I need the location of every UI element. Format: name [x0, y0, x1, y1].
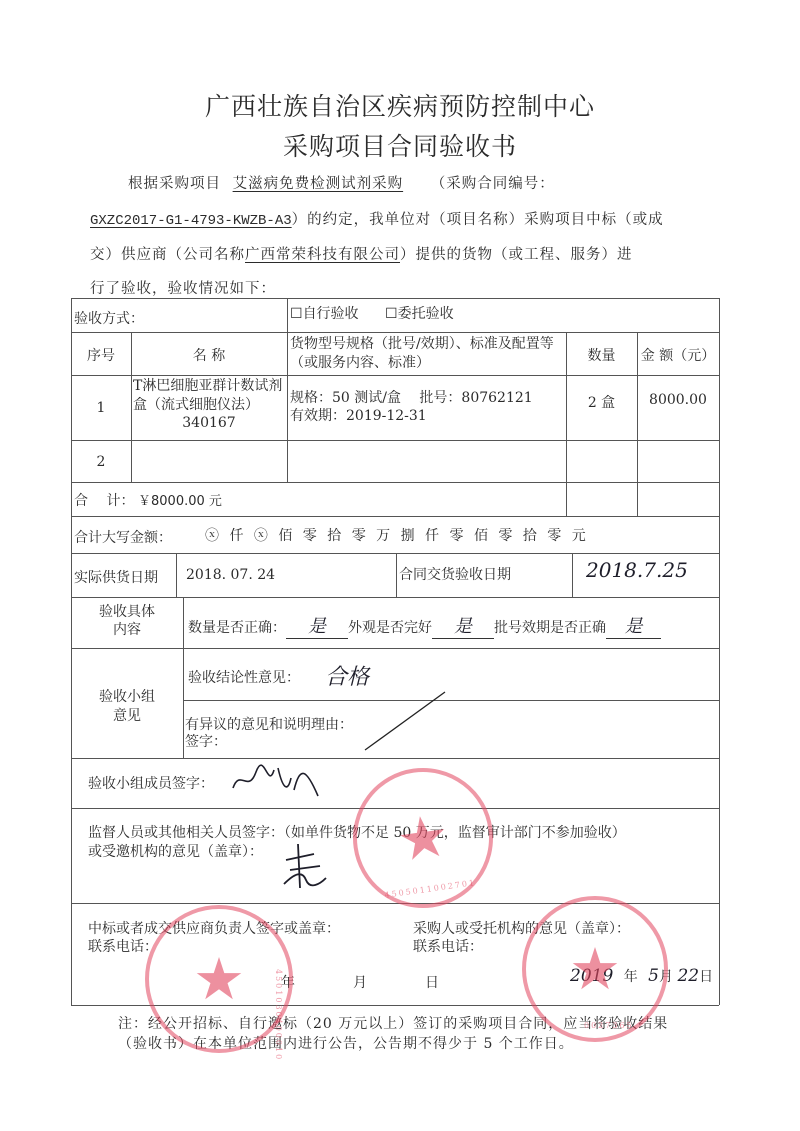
row-amount: 8000.00 [637, 392, 719, 408]
intro-prefix: 根据采购项目 [128, 176, 221, 192]
contract-label: （采购合同编号： [431, 176, 555, 192]
intro-line-1: 根据采购项目 艾滋病免费检测试剂采购 （采购合同编号： [128, 172, 758, 193]
qty-correct-value: 是 [286, 612, 348, 639]
row-spec-line1: 规格：50 测试/盒 批号：80762121 [290, 387, 533, 407]
contract-accept-date-value: 2018.7.25 [586, 558, 688, 582]
contract-accept-date-label: 合同交货验收日期 [399, 564, 511, 584]
self-acceptance-checkbox[interactable]: ☐ [290, 306, 303, 322]
stamp-gx-cdc: ★ 0027365 [522, 896, 668, 1042]
purchaser-date-day: 22 [677, 966, 699, 986]
star-icon: ★ [193, 950, 245, 1008]
supplier-phone-label: 联系电话： [88, 936, 158, 956]
member-signature-label: 验收小组成员签字： [88, 773, 214, 793]
batch-label: 批号效期是否正确 [494, 620, 606, 636]
strike-line-icon [360, 688, 450, 754]
amount-words-label: 合计大写金额： [74, 527, 172, 547]
amount-words-value: ⓧ 仟 ⓧ 佰 零 拾 零 万 捌 仟 零 佰 零 拾 零 元 [205, 525, 589, 545]
supervisor-signature-icon [280, 840, 330, 892]
table-border [719, 298, 720, 1005]
intro-line-2: GXZC2017-G1-4793-KWZB-A3）的约定，我单位对（项目名称）采… [90, 208, 720, 229]
header-qty: 数量 [566, 345, 637, 365]
conclusion-label: 验收结论性意见： [188, 667, 300, 687]
project-name: 艾滋病免费检测试剂采购 [227, 176, 426, 192]
row-seq: 2 [71, 454, 131, 470]
header-spec: 货物型号规格（批号/效期）、标准及配置等（或服务内容、标准） [290, 335, 564, 373]
header-seq: 序号 [71, 345, 131, 365]
row-qty: 2 盒 [566, 392, 637, 412]
appearance-value: 是 [432, 612, 494, 639]
header-amount: 金 额（元） [637, 345, 719, 365]
stamp-supplier-company: ★ 4501030400010 [145, 905, 293, 1053]
row-spec-line2: 有效期：2019-12-31 [290, 405, 427, 425]
appearance-label: 外观是否完好 [348, 620, 432, 636]
intro-middle: ）的约定，我单位对（项目名称）采购项目中标（或成 [292, 212, 664, 228]
contract-number: GXZC2017-G1-4793-KWZB-A3 [90, 213, 292, 229]
row-name-code: 340167 [131, 415, 287, 431]
supervisor-line-2: 或受邀机构的意见（盖章）： [88, 841, 263, 861]
stamp-beihai-cdc: ★ 4505011002701 [344, 759, 502, 917]
details-content: 数量是否正确：是外观是否完好是批号效期是否正确是 [188, 612, 661, 639]
row-seq: 1 [71, 400, 131, 416]
acceptance-method-label: 验收方式： [74, 308, 144, 328]
member-signature-icon [228, 760, 323, 800]
purchaser-phone-label: 联系电话： [413, 936, 483, 956]
total-value: ￥8000.00 元 [138, 490, 222, 509]
actual-supply-date-value: 2018. 07. 24 [186, 567, 275, 583]
entrusted-acceptance-checkbox[interactable]: ☐ [385, 306, 398, 322]
objection-sign-label: 签字： [185, 731, 227, 751]
acceptance-method-options: ☐自行验收 ☐委托验收 [290, 303, 454, 323]
table-border [71, 298, 719, 299]
total-label: 合 计： [74, 490, 134, 510]
intro-line-3: 交）供应商（公司名称广西常荣科技有限公司）提供的货物（或工程、服务）进 [90, 243, 720, 264]
qty-correct-label: 数量是否正确： [188, 620, 286, 636]
group-opinion-label: 验收小组意见 [71, 688, 183, 726]
intro-line3-suffix: ）提供的货物（或工程、服务）进 [400, 247, 633, 263]
org-title: 广西壮族自治区疾病预防控制中心 [0, 87, 800, 123]
doc-title: 采购项目合同验收书 [0, 127, 800, 163]
intro-line3-prefix: 交）供应商（公司名称 [90, 247, 245, 263]
supplier-date: 年 月 日 [281, 972, 443, 992]
intro-line-4: 行了验收，验收情况如下： [90, 277, 720, 298]
batch-value: 是 [606, 612, 661, 639]
self-acceptance-label: 自行验收 [303, 306, 359, 322]
actual-supply-date-label: 实际供货日期 [74, 567, 158, 587]
row-name: T淋巴细胞亚群计数试剂盒（流式细胞仪法） [133, 377, 287, 415]
conclusion-value: 合格 [325, 660, 369, 691]
star-icon: ★ [393, 806, 453, 871]
supplier-name: 广西常荣科技有限公司 [245, 247, 400, 263]
header-name: 名 称 [131, 345, 287, 365]
star-icon: ★ [569, 940, 621, 998]
details-label: 验收具体内容 [71, 603, 183, 639]
entrusted-acceptance-label: 委托验收 [398, 306, 454, 322]
